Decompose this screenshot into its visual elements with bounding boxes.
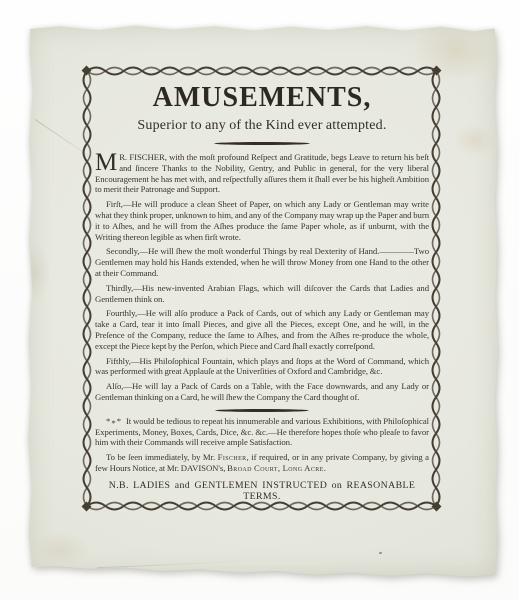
venue-text-end: . bbox=[324, 463, 326, 473]
paragraph-fifthly: Fifthly,—His Philoſophical Fountain, whi… bbox=[95, 356, 429, 378]
wavy-border-right bbox=[430, 71, 442, 506]
subtitle: Superior to any of the Kind ever attempt… bbox=[95, 118, 429, 134]
paper-shadow-wrap: AMUSEMENTS, Superior to any of the Kind … bbox=[0, 0, 519, 600]
paragraph-secondly: Secondly,—He will ſhew the moſt wonderfu… bbox=[95, 246, 429, 278]
wavy-border-left bbox=[81, 71, 93, 506]
tapered-rule-top bbox=[214, 142, 310, 145]
paragraph-fourthly: Fourthly,—He will alſo produce a Pack of… bbox=[95, 308, 429, 351]
intro-text: R. FISCHER, with the moſt profound Reſpe… bbox=[95, 152, 429, 194]
notice-paragraph: *** It would be tedious to repeat his in… bbox=[95, 416, 429, 448]
venue-text-pre: To be ſeen immediately, by Mr. bbox=[106, 452, 218, 462]
footer-notice: N.B. LADIES and GENTLEMEN INSTRUCTED on … bbox=[95, 481, 429, 503]
paper-speck bbox=[379, 552, 382, 554]
notice-text: It would be tedious to repeat his innume… bbox=[95, 416, 429, 448]
paper-crease-bottom-left bbox=[97, 561, 247, 569]
venue-paragraph: To be ſeen immediately, by Mr. Fischer, … bbox=[95, 452, 429, 474]
intro-paragraph: MR. FISCHER, with the moſt profound Reſp… bbox=[95, 152, 429, 195]
paragraph-first: Firſt,—He will produce a clean Sheet of … bbox=[95, 199, 429, 242]
venue-address: Broad Court, Long Acre bbox=[227, 463, 324, 473]
page-title: AMUSEMENTS, bbox=[95, 83, 429, 112]
asterism-star: * bbox=[117, 416, 122, 426]
performer-name: Fischer bbox=[218, 452, 247, 462]
tapered-rule-bottom bbox=[215, 409, 309, 412]
paragraph-also: Alſo,—He will lay a Pack of Cards on a T… bbox=[95, 381, 429, 403]
broadside-paper: AMUSEMENTS, Superior to any of the Kind … bbox=[27, 24, 498, 577]
drop-cap: M bbox=[95, 152, 119, 173]
paragraph-thirdly: Thirdly,—His new-invented Arabian Flags,… bbox=[95, 283, 429, 305]
asterism-star-low: * bbox=[111, 418, 116, 428]
asterism-mark: *** bbox=[106, 416, 122, 426]
scan-background: AMUSEMENTS, Superior to any of the Kind … bbox=[0, 0, 519, 600]
broadside-content: AMUSEMENTS, Superior to any of the Kind … bbox=[95, 71, 429, 509]
